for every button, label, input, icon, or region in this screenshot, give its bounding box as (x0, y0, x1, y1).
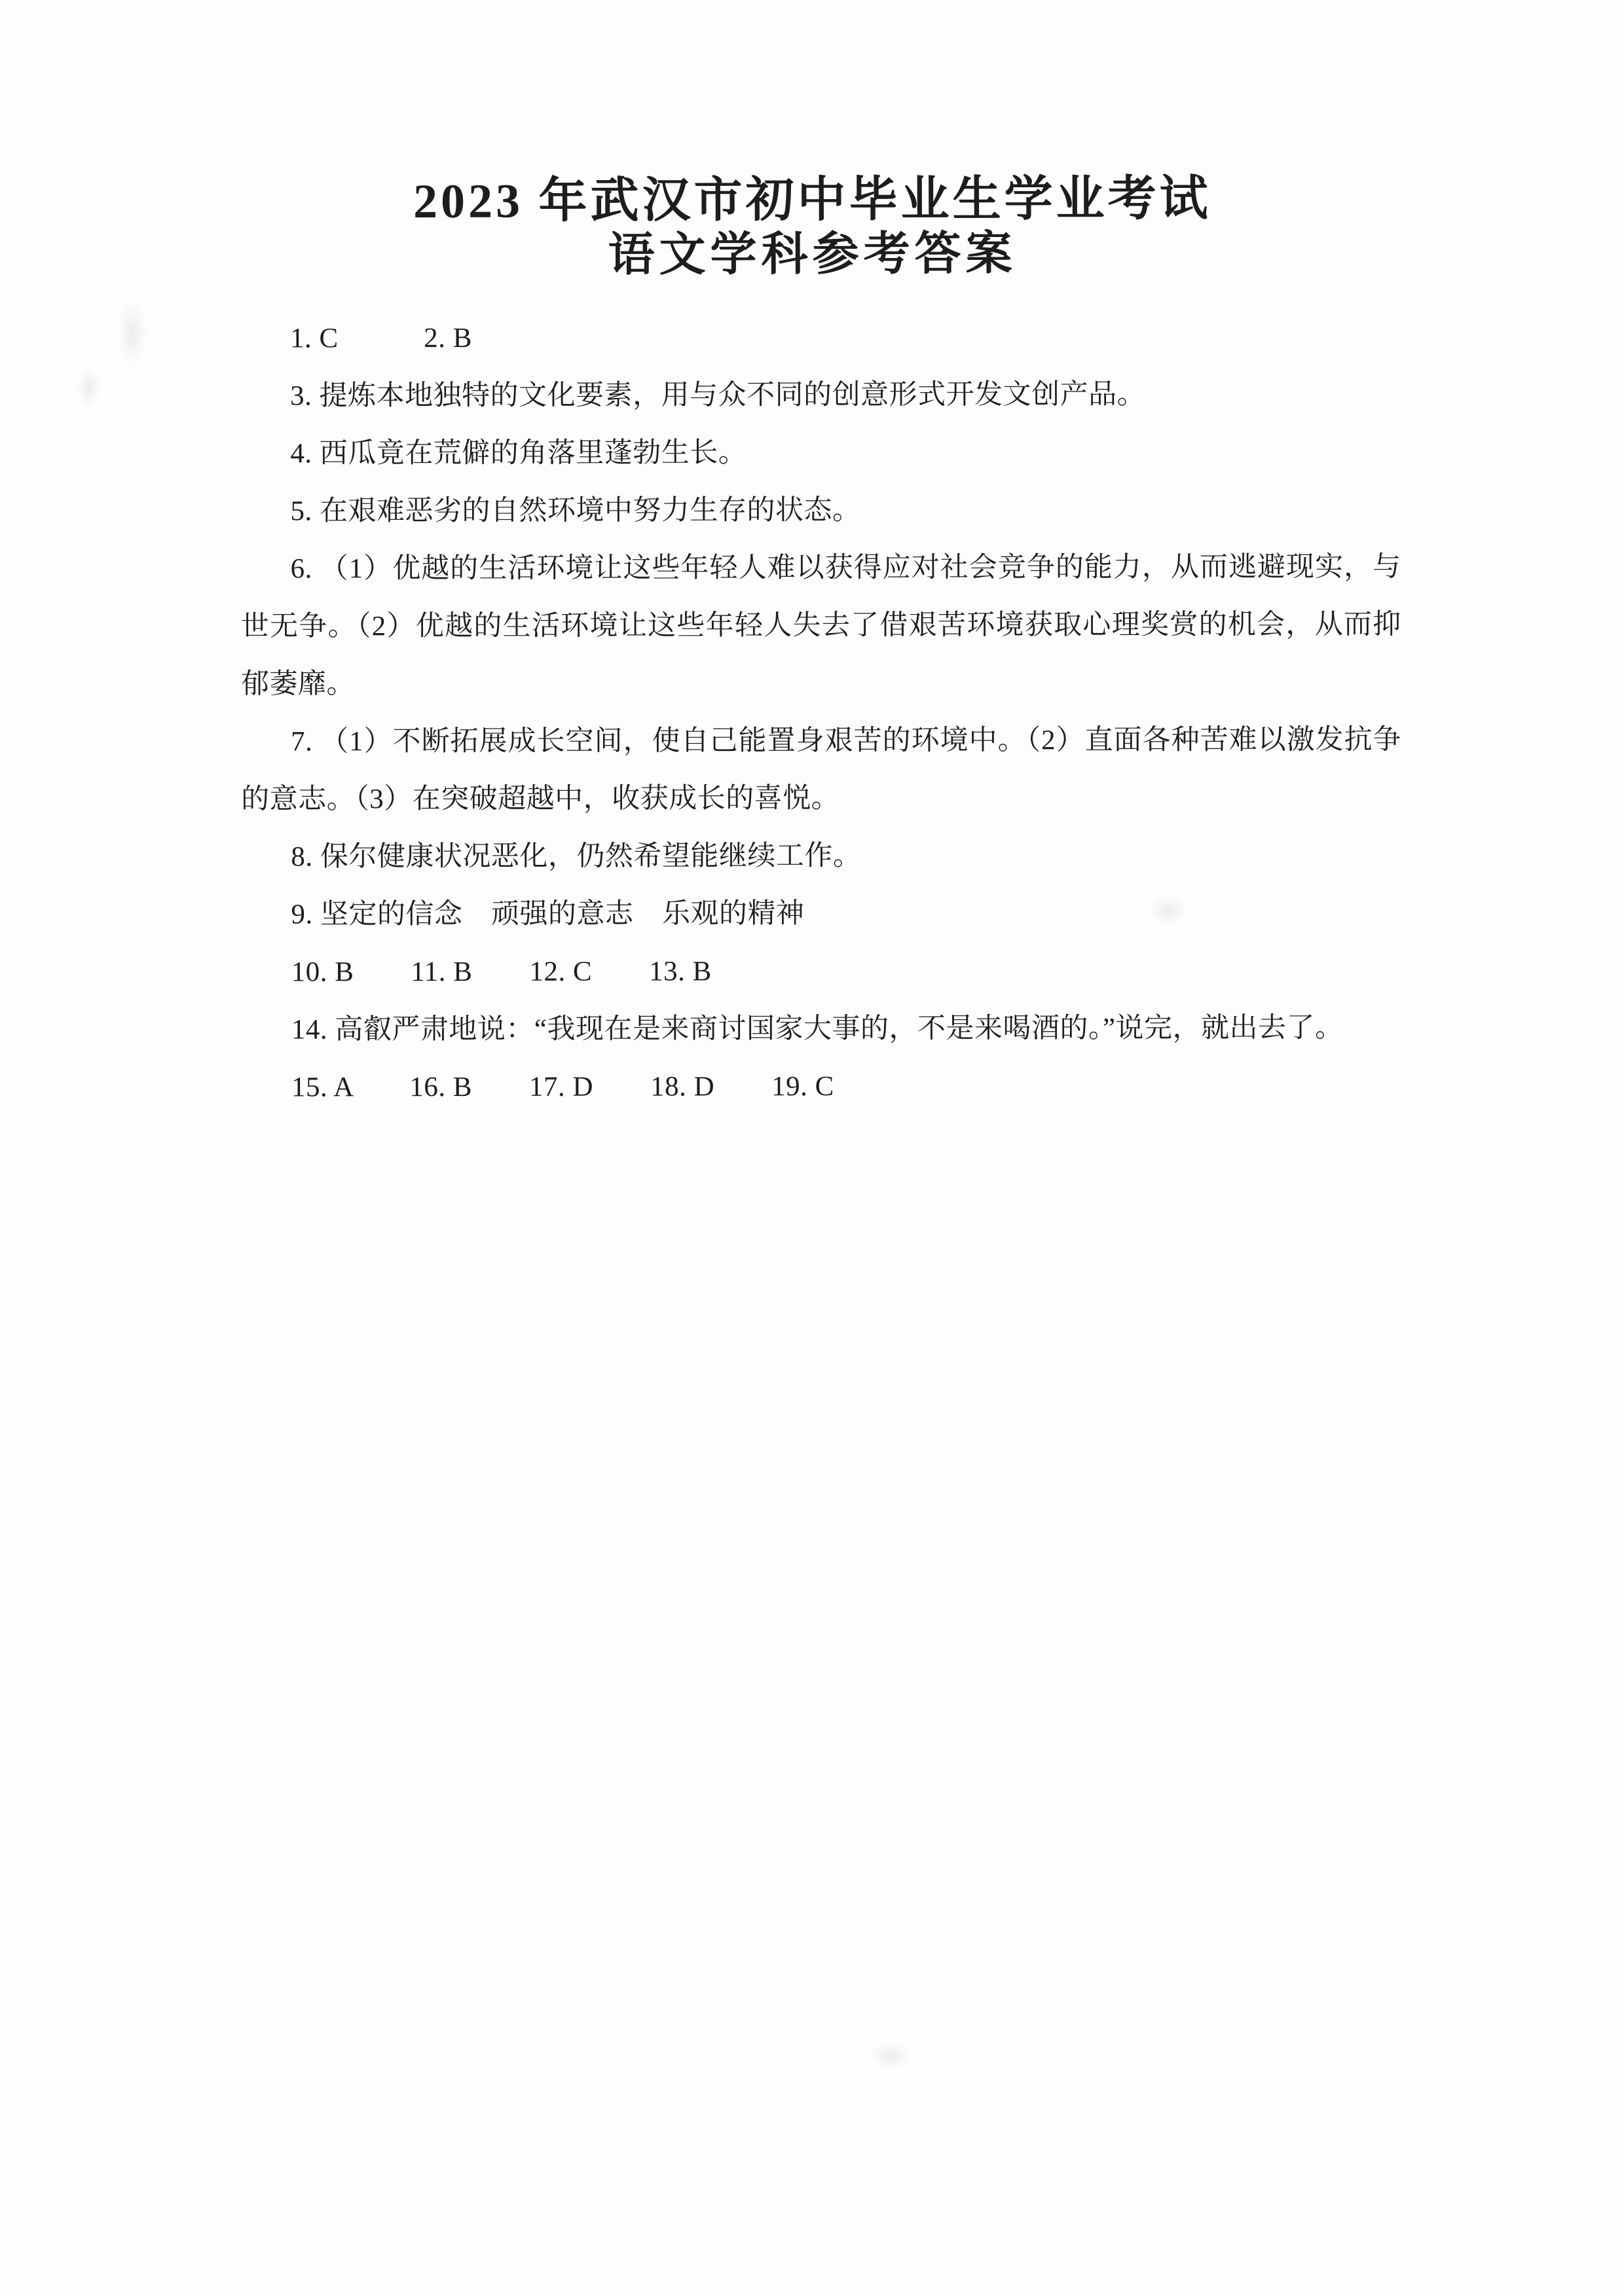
answers-body: 1. C 2. B 3. 提炼本地独特的文化要素，用与众不同的创意形式开发文创产… (240, 308, 1402, 1117)
answer-item-5: 5. 在艰难恶劣的自然环境中努力生存的状态。 (240, 481, 1401, 541)
scanned-answer-sheet-page: 2023 年武汉市初中毕业生学业考试 语文学科参考答案 1. C 2. B 3.… (0, 0, 1624, 2296)
answer-item-3: 3. 提炼本地独特的文化要素，用与众不同的创意形式开发文创产品。 (240, 366, 1401, 426)
answer-item-14: 14. 高叡严肃地说：“我现在是来商讨国家大事的，不是来喝酒的。”说完，就出去了… (242, 1000, 1402, 1059)
scan-smudge-artifact (77, 367, 100, 409)
scan-smudge-artifact (871, 2043, 910, 2069)
answer-item-15-19: 15. A 16. B 17. D 18. D 19. C (242, 1057, 1402, 1117)
answer-item-9: 9. 坚定的信念 顽强的意志 乐观的精神 (241, 884, 1401, 944)
answer-item-4: 4. 西瓜竟在荒僻的角落里蓬勃生长。 (240, 424, 1401, 483)
answer-item-10-13: 10. B 11. B 12. C 13. B (242, 942, 1402, 1002)
document-header: 2023 年武汉市初中毕业生学业考试 语文学科参考答案 (0, 0, 1624, 282)
answer-item-8: 8. 保尔健康状况恶化，仍然希望能继续工作。 (241, 827, 1401, 886)
answer-item-7: 7. （1）不断拓展成长空间，使自己能置身艰苦的环境中。（2）直面各种苦难以激发… (241, 712, 1401, 829)
exam-title: 2023 年武汉市初中毕业生学业考试 (0, 173, 1624, 229)
answer-item-1-2: 1. C 2. B (240, 308, 1401, 368)
answer-item-6: 6. （1）优越的生活环境让这些年轻人难以获得应对社会竞争的能力，从而逃避现实，… (241, 539, 1401, 714)
scan-smudge-artifact (118, 301, 147, 367)
subject-subtitle: 语文学科参考答案 (0, 227, 1624, 282)
